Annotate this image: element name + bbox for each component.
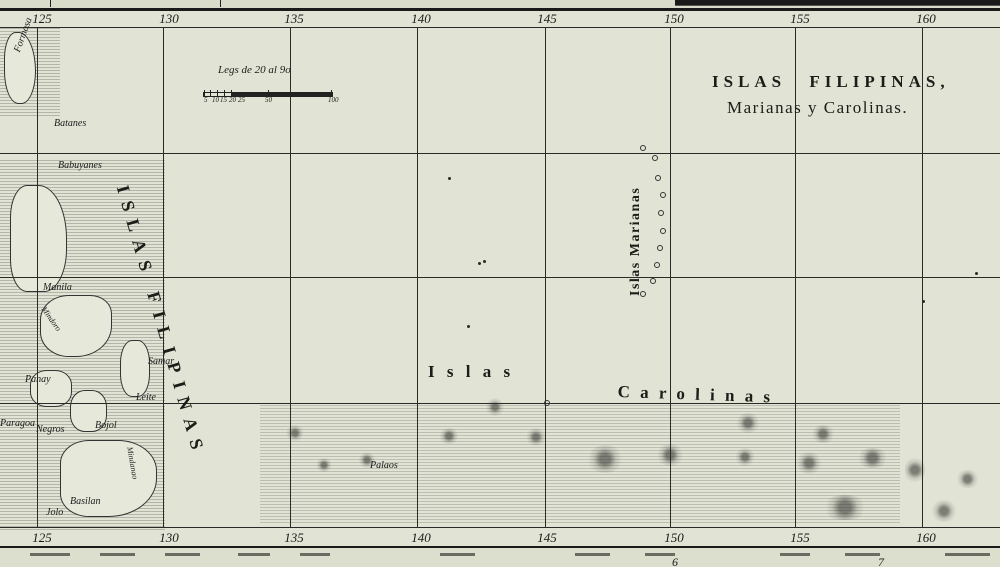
island-cluster — [285, 425, 305, 441]
longitude-label-125-top: 125 — [32, 11, 52, 27]
island-cluster — [438, 428, 460, 444]
island-cluster — [735, 447, 755, 467]
margin-bar — [645, 553, 675, 556]
frame-inner-bottom-line — [0, 527, 1000, 528]
place-label-babuyanes: Babuyanes — [58, 160, 102, 171]
place-label-manila: Manila — [43, 282, 72, 293]
margin-bar — [845, 553, 880, 556]
island-marker — [467, 325, 470, 328]
margin-bar — [165, 553, 200, 556]
map-sheet: 125 130 135 140 145 150 155 160 ISLAS FI… — [0, 0, 1000, 567]
map-title: ISLAS FILIPINAS, — [712, 72, 950, 92]
margin-segment — [50, 0, 221, 7]
island-cluster — [930, 500, 958, 522]
place-label-bojol: Bojol — [95, 420, 117, 431]
region-label-islas: I s l a s — [428, 362, 514, 382]
island-marker — [975, 272, 978, 275]
island-marker — [652, 155, 658, 161]
island-marker — [922, 300, 925, 303]
frame-inner-top-line — [0, 27, 1000, 28]
island-marker — [544, 400, 550, 406]
margin-dark-bar — [675, 0, 1000, 6]
place-label-samar: Samar — [148, 356, 174, 367]
island-cluster — [735, 413, 761, 433]
island-marker — [657, 245, 663, 251]
longitude-label-130-bottom: 130 — [159, 530, 179, 546]
island-cluster — [795, 452, 823, 474]
scale-tick — [210, 90, 211, 96]
island-marker — [660, 228, 666, 234]
scale-label: 5 — [204, 96, 208, 104]
island-luzon — [10, 185, 67, 292]
island-marker — [448, 177, 451, 180]
scale-label: 20 — [229, 96, 236, 104]
scale-label: 50 — [265, 96, 272, 104]
longitude-label-140-bottom: 140 — [411, 530, 431, 546]
region-label-marianas: Islas Marianas — [628, 187, 644, 296]
margin-bar — [945, 553, 990, 556]
longitude-label-150-bottom: 150 — [664, 530, 684, 546]
place-label-jolo: Jolo — [46, 507, 63, 518]
island-marker — [660, 192, 666, 198]
island-cluster — [525, 428, 547, 446]
scale-label: 15 — [220, 96, 227, 104]
longitude-label-160-top: 160 — [916, 11, 936, 27]
map-subtitle: Marianas y Carolinas. — [727, 98, 908, 118]
margin-bar — [100, 553, 135, 556]
island-marker — [655, 175, 661, 181]
top-margin — [0, 0, 1000, 8]
island-cluster — [358, 452, 376, 468]
bottom-margin — [0, 548, 1000, 567]
place-label-negros: Negros — [36, 424, 65, 435]
scale-label: 10 — [212, 96, 219, 104]
island-marker — [640, 291, 646, 297]
sheet-number-6: 6 — [672, 555, 678, 567]
margin-bar — [238, 553, 270, 556]
island-marker — [483, 260, 486, 263]
sheet-number-7: 7 — [878, 555, 884, 567]
longitude-label-155-bottom: 155 — [790, 530, 810, 546]
scale-label: 25 — [238, 96, 245, 104]
island-cluster — [655, 444, 685, 466]
longitude-label-140-top: 140 — [411, 11, 431, 27]
island-cluster — [485, 398, 505, 416]
island-samar — [120, 340, 150, 397]
longitude-label-125-bottom: 125 — [32, 530, 52, 546]
margin-bar — [575, 553, 610, 556]
place-label-paragoa: Paragoa — [0, 418, 35, 429]
longitude-label-145-bottom: 145 — [537, 530, 557, 546]
island-marker — [640, 145, 646, 151]
island-cluster — [905, 455, 925, 485]
parallel-line-1 — [0, 153, 1000, 154]
scale-title: Legs de 20 al 9o — [218, 64, 291, 76]
island-cluster — [820, 495, 870, 520]
place-label-leite: Leite — [136, 392, 156, 403]
island-marker — [478, 262, 481, 265]
island-cluster — [855, 448, 890, 468]
margin-bar — [30, 553, 70, 556]
place-label-basilan: Basilan — [70, 496, 101, 507]
island-cluster — [585, 445, 625, 473]
longitude-label-145-top: 145 — [537, 11, 557, 27]
longitude-label-155-top: 155 — [790, 11, 810, 27]
island-cluster — [315, 458, 333, 472]
scale-label: 100 — [328, 96, 339, 104]
longitude-label-160-bottom: 160 — [916, 530, 936, 546]
longitude-label-150-top: 150 — [664, 11, 684, 27]
place-label-batanes: Batanes — [54, 118, 86, 129]
longitude-label-135-bottom: 135 — [284, 530, 304, 546]
frame-top-line — [0, 8, 1000, 11]
island-marker — [658, 210, 664, 216]
place-label-panay: Panay — [25, 374, 51, 385]
island-marker — [650, 278, 656, 284]
margin-bar — [300, 553, 330, 556]
island-marker — [654, 262, 660, 268]
margin-bar — [440, 553, 475, 556]
margin-bar — [780, 553, 810, 556]
longitude-label-135-top: 135 — [284, 11, 304, 27]
margin-segment — [0, 0, 51, 7]
longitude-label-130-top: 130 — [159, 11, 179, 27]
island-cluster — [810, 425, 836, 443]
island-cluster — [955, 470, 980, 488]
